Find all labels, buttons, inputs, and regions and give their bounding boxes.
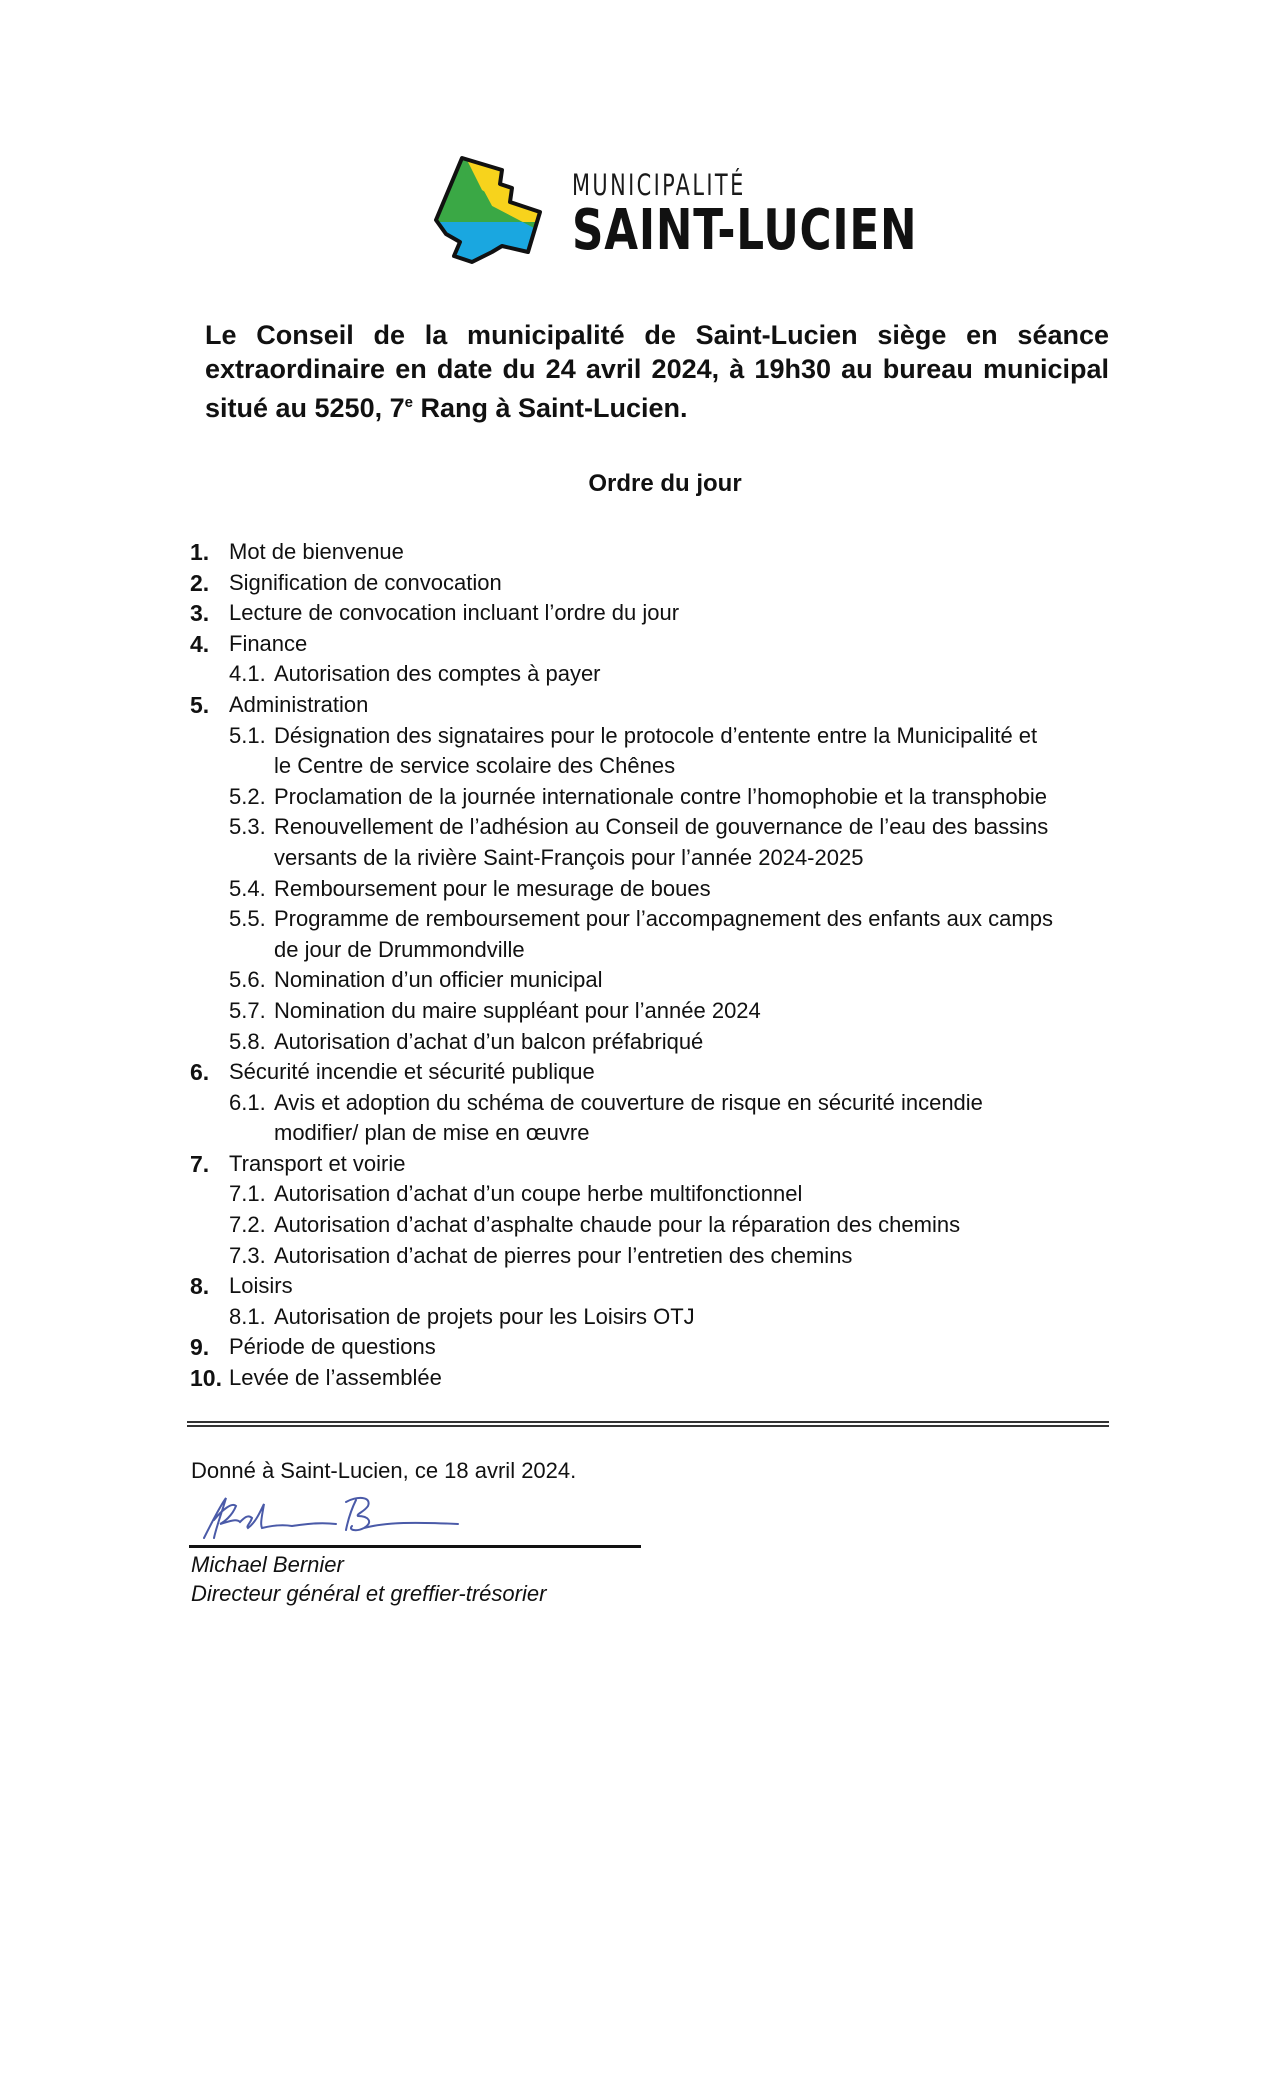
agenda-subitem-text: Autorisation d’achat d’asphalte chaude p…	[274, 1210, 960, 1241]
agenda-subitem-number: 7.3.	[229, 1241, 266, 1272]
agenda-subitem: 7.3.Autorisation d’achat de pierres pour…	[190, 1241, 1120, 1272]
agenda-subitem-text: Désignation des signataires pour le prot…	[274, 721, 1037, 752]
agenda-subitem-text: Autorisation de projets pour les Loisirs…	[274, 1302, 695, 1333]
agenda-item: 6.Sécurité incendie et sécurité publique	[190, 1057, 1120, 1088]
intro-text-end: Rang à Saint-Lucien.	[413, 393, 688, 423]
signer-name: Michael Bernier	[191, 1550, 546, 1579]
agenda-item-text: Administration	[229, 690, 368, 721]
intro-superscript: e	[405, 394, 413, 411]
agenda-subitem-number: 6.1.	[229, 1088, 266, 1119]
agenda-item-number: 7.	[190, 1149, 209, 1180]
agenda-item-number: 4.	[190, 629, 209, 660]
agenda-item: 4.Finance	[190, 629, 1120, 660]
agenda-subitem: 5.6.Nomination d’un officier municipal	[190, 965, 1120, 996]
agenda-item-text: Loisirs	[229, 1271, 293, 1302]
agenda-subitem-text: Renouvellement de l’adhésion au Conseil …	[274, 812, 1048, 843]
agenda-subitem-number: 5.4.	[229, 874, 266, 905]
agenda-subitem: 7.1.Autorisation d’achat d’un coupe herb…	[190, 1179, 1120, 1210]
agenda-item-number: 9.	[190, 1332, 209, 1363]
agenda-subitem-text: Programme de remboursement pour l’accomp…	[274, 904, 1053, 935]
agenda-item: 5.Administration	[190, 690, 1120, 721]
agenda-item: 7.Transport et voirie	[190, 1149, 1120, 1180]
agenda-subitem-text: le Centre de service scolaire des Chênes	[274, 751, 675, 782]
agenda-subitem: de jour de Drummondville	[190, 935, 1120, 966]
signer-title: Directeur général et greffier-trésorier	[191, 1579, 546, 1608]
agenda-item-text: Lecture de convocation incluant l’ordre …	[229, 598, 679, 629]
agenda-subitem-number: 5.6.	[229, 965, 266, 996]
agenda-subitem-number: 5.7.	[229, 996, 266, 1027]
agenda-item-text: Signification de convocation	[229, 568, 502, 599]
agenda-item: 3.Lecture de convocation incluant l’ordr…	[190, 598, 1120, 629]
agenda-title: Ordre du jour	[0, 470, 1275, 498]
agenda-item: 8.Loisirs	[190, 1271, 1120, 1302]
agenda-subitem-number: 5.8.	[229, 1027, 266, 1058]
agenda-subitem-text: Nomination d’un officier municipal	[274, 965, 603, 996]
agenda-subitem-number: 5.1.	[229, 721, 266, 752]
agenda-subitem: 7.2.Autorisation d’achat d’asphalte chau…	[190, 1210, 1120, 1241]
agenda-item-number: 3.	[190, 598, 209, 629]
agenda-subitem-number: 5.3.	[229, 812, 266, 843]
agenda-subitem: 5.8.Autorisation d’achat d’un balcon pré…	[190, 1027, 1120, 1058]
agenda-subitem-text: Nomination du maire suppléant pour l’ann…	[274, 996, 761, 1027]
map-emblem-icon	[432, 150, 557, 268]
agenda-subitem: 5.4.Remboursement pour le mesurage de bo…	[190, 874, 1120, 905]
agenda-item-number: 10.	[190, 1363, 222, 1394]
double-divider	[187, 1421, 1109, 1427]
agenda-item-text: Transport et voirie	[229, 1149, 405, 1180]
agenda-subitem: 5.3.Renouvellement de l’adhésion au Cons…	[190, 812, 1120, 843]
agenda-item-text: Mot de bienvenue	[229, 537, 404, 568]
agenda-item-text: Finance	[229, 629, 307, 660]
agenda-item-text: Période de questions	[229, 1332, 436, 1363]
agenda-subitem: modifier/ plan de mise en œuvre	[190, 1118, 1120, 1149]
agenda-subitem-text: Autorisation d’achat d’un balcon préfabr…	[274, 1027, 703, 1058]
agenda-subitem-text: Autorisation des comptes à payer	[274, 659, 601, 690]
agenda-subitem-number: 8.1.	[229, 1302, 266, 1333]
agenda-subitem-text: Autorisation d’achat de pierres pour l’e…	[274, 1241, 852, 1272]
logo-title: SAINT-LUCIEN	[572, 198, 917, 263]
agenda-item: 9.Période de questions	[190, 1332, 1120, 1363]
agenda-item-number: 6.	[190, 1057, 209, 1088]
agenda-subitem-number: 7.2.	[229, 1210, 266, 1241]
meeting-intro: Le Conseil de la municipalité de Saint-L…	[205, 318, 1109, 425]
signature-icon	[196, 1492, 466, 1542]
agenda-item-number: 2.	[190, 568, 209, 599]
agenda-subitem-text: versants de la rivière Saint-François po…	[274, 843, 863, 874]
agenda-list: 1.Mot de bienvenue2.Signification de con…	[190, 537, 1120, 1394]
agenda-subitem-text: Remboursement pour le mesurage de boues	[274, 874, 711, 905]
agenda-subitem-number: 5.2.	[229, 782, 266, 813]
agenda-item-text: Sécurité incendie et sécurité publique	[229, 1057, 595, 1088]
agenda-subitem: 5.2.Proclamation de la journée internati…	[190, 782, 1120, 813]
agenda-subitem: versants de la rivière Saint-François po…	[190, 843, 1120, 874]
agenda-subitem: 4.1.Autorisation des comptes à payer	[190, 659, 1120, 690]
agenda-item-number: 8.	[190, 1271, 209, 1302]
agenda-subitem-text: Autorisation d’achat d’un coupe herbe mu…	[274, 1179, 802, 1210]
agenda-item-number: 5.	[190, 690, 209, 721]
agenda-subitem: 5.1.Désignation des signataires pour le …	[190, 721, 1120, 752]
agenda-subitem-text: modifier/ plan de mise en œuvre	[274, 1118, 589, 1149]
agenda-subitem-text: Proclamation de la journée international…	[274, 782, 1047, 813]
agenda-subitem: 5.7.Nomination du maire suppléant pour l…	[190, 996, 1120, 1027]
signer-block: Michael Bernier Directeur général et gre…	[191, 1550, 546, 1608]
agenda-subitem-number: 7.1.	[229, 1179, 266, 1210]
agenda-subitem-text: Avis et adoption du schéma de couverture…	[274, 1088, 983, 1119]
municipality-logo: MUNICIPALITÉ SAINT-LUCIEN	[432, 150, 872, 268]
agenda-item-number: 1.	[190, 537, 209, 568]
agenda-subitem: 5.5.Programme de remboursement pour l’ac…	[190, 904, 1120, 935]
agenda-item: 10.Levée de l’assemblée	[190, 1363, 1120, 1394]
agenda-item: 2.Signification de convocation	[190, 568, 1120, 599]
agenda-subitem-number: 4.1.	[229, 659, 266, 690]
agenda-item-text: Levée de l’assemblée	[229, 1363, 442, 1394]
signature-line	[189, 1545, 641, 1548]
agenda-item: 1.Mot de bienvenue	[190, 537, 1120, 568]
agenda-subitem-text: de jour de Drummondville	[274, 935, 525, 966]
agenda-subitem: le Centre de service scolaire des Chênes	[190, 751, 1120, 782]
given-date: Donné à Saint-Lucien, ce 18 avril 2024.	[191, 1458, 576, 1484]
agenda-subitem: 8.1.Autorisation de projets pour les Loi…	[190, 1302, 1120, 1333]
agenda-subitem-number: 5.5.	[229, 904, 266, 935]
agenda-subitem: 6.1.Avis et adoption du schéma de couver…	[190, 1088, 1120, 1119]
logo-subtitle: MUNICIPALITÉ	[572, 168, 746, 202]
